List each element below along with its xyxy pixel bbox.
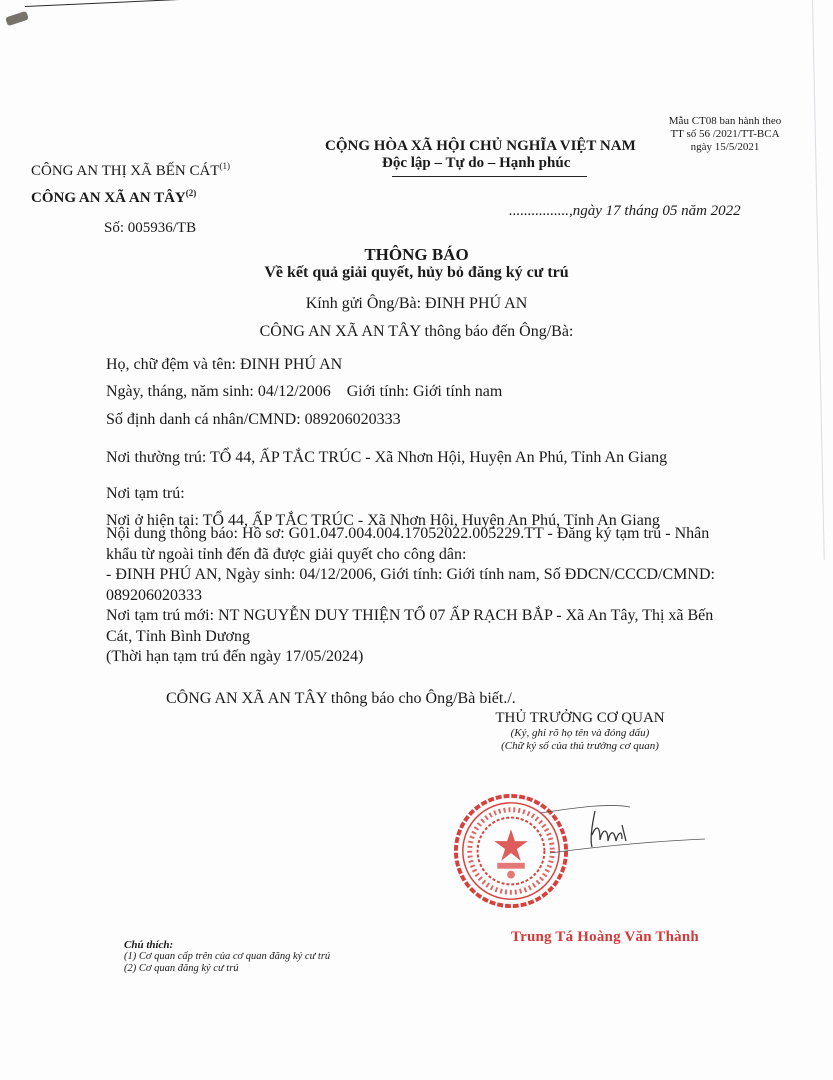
- content-line: 089206020333: [106, 586, 776, 607]
- content-line: Nơi tạm trú mới: NT NGUYỄN DUY THIỆN TỔ …: [106, 606, 776, 627]
- recipient-line: Kính gửi Ông/Bà: ĐINH PHÚ AN: [0, 295, 833, 313]
- field-full-name: Họ, chữ đệm và tên: ĐINH PHÚ AN: [106, 356, 342, 374]
- document-subtitle: Về kết quả giải quyết, hủy bỏ đăng ký cư…: [0, 264, 833, 282]
- footnotes: Chú thích: (1) Cơ quan cấp trên của cơ q…: [124, 939, 330, 975]
- footnote-item: (2) Cơ quan đăng ký cư trú: [124, 963, 330, 975]
- content-line: - ĐINH PHÚ AN, Ngày sinh: 04/12/2006, Gi…: [106, 565, 776, 586]
- field-dob: Ngày, tháng, năm sinh: 04/12/2006: [106, 383, 331, 400]
- staple-wire: [25, 0, 425, 7]
- document-title: THÔNG BÁO: [0, 245, 833, 265]
- field-gender: Giới tính: Giới tính nam: [347, 383, 503, 400]
- content-line: Cát, Tỉnh Bình Dương: [106, 627, 776, 648]
- field-permanent-residence: Nơi thường trú: TỔ 44, ẤP TẮC TRÚC - Xã …: [106, 449, 667, 467]
- document-number: Số: 005936/TB: [104, 220, 196, 237]
- staple-icon: [5, 11, 29, 26]
- field-temporary-residence: Nơi tạm trú:: [106, 485, 185, 503]
- content-line: khẩu từ ngoài tỉnh đến đã được giải quyế…: [106, 545, 776, 566]
- form-template-note: Mẫu CT08 ban hành theo TT số 56 /2021/TT…: [662, 115, 788, 154]
- document-page: CÔNG AN THỊ XÃ BẾN CÁT(1) CÔNG AN XÃ AN …: [0, 0, 833, 1080]
- nation-heading: CỘNG HÒA XÃ HỘI CHỦ NGHĨA VIỆT NAM: [325, 138, 636, 155]
- issue-date: ................,ngày 17 tháng 05 năm 20…: [509, 203, 741, 220]
- content-line: (Thời hạn tạm trú đến ngày 17/05/2024): [106, 647, 776, 668]
- field-id-number: Số định danh cá nhân/CMND: 089206020333: [106, 411, 401, 429]
- footnotes-title: Chú thích:: [124, 939, 330, 951]
- signer-name: Trung Tá Hoàng Văn Thành: [511, 929, 699, 946]
- agency-parent: CÔNG AN THỊ XÃ BẾN CÁT(1): [31, 161, 230, 180]
- closing-line: CÔNG AN XÃ AN TÂY thông báo cho Ông/Bà b…: [166, 690, 516, 708]
- signature-block: THỦ TRƯỞNG CƠ QUAN (Ký, ghi rõ họ tên và…: [470, 710, 690, 753]
- signatory-title: THỦ TRƯỞNG CƠ QUAN: [470, 710, 690, 727]
- intro-line: CÔNG AN XÃ AN TÂY thông báo đến Ông/Bà:: [0, 323, 833, 341]
- content-line: Nội dung thông báo: Hồ sơ: G01.047.004.0…: [106, 524, 776, 545]
- footnote-item: (1) Cơ quan cấp trên của cơ quan đăng ký…: [124, 951, 330, 963]
- field-dob-gender: Ngày, tháng, năm sinh: 04/12/2006Giới tí…: [106, 383, 502, 401]
- digital-signature-note: (Chữ ký số của thủ trưởng cơ quan): [470, 740, 690, 753]
- notice-content: Nội dung thông báo: Hồ sơ: G01.047.004.0…: [106, 524, 776, 668]
- signature-instruction: (Ký, ghi rõ họ tên và đóng dấu): [470, 727, 690, 740]
- handwritten-signature: [540, 795, 710, 875]
- agency-name: CÔNG AN XÃ AN TÂY(2): [31, 188, 196, 207]
- motto-underline: [392, 176, 587, 177]
- national-motto: Độc lập – Tự do – Hạnh phúc: [382, 155, 570, 172]
